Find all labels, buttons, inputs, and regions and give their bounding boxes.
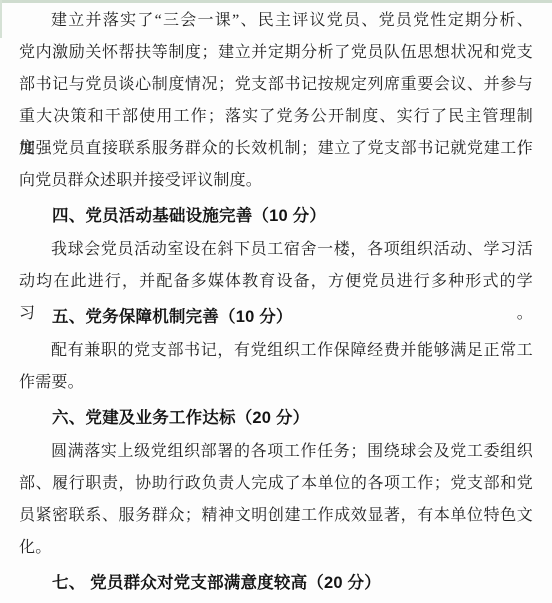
section-heading-6: 六、党建及业务工作达标（20 分） <box>19 402 533 434</box>
text-line: 建立并落实了“三会一课”、民主评议党员、党员党性定期分析、 <box>19 5 533 37</box>
text-line: 配有兼职的党支部书记，有党组织工作保障经费并能够满足正常工 <box>19 335 533 367</box>
text-line: 党内激励关怀帮扶等制度；建立并定期分析了党员队伍思想状况和党支 <box>19 37 533 69</box>
text-line: 我球会党员活动室设在斜下员工宿舍一楼，各项组织活动、学习活 <box>19 234 533 266</box>
document-body: 建立并落实了“三会一课”、民主评议党员、党员党性定期分析、 党内激励关怀帮扶等制… <box>19 5 533 601</box>
document-page: 建立并落实了“三会一课”、民主评议党员、党员党性定期分析、 党内激励关怀帮扶等制… <box>0 0 552 603</box>
text-line: 加强党员直接联系服务群众的长效机制；建立了党支部书记就党建工作 <box>19 133 533 165</box>
text-line: 重大决策和干部使用工作；落实了党务公开制度、实行了民主管理制度； <box>19 101 533 133</box>
section-heading-4: 四、党员活动基础设施完善（10 分） <box>19 200 533 232</box>
paragraph-work-standards: 圆满落实上级党组织部署的各项工作任务；围绕球会及党工委组织 部、履行职责，协助行… <box>19 436 533 564</box>
text-line: 部、履行职责，协助行政负责人完成了本单位的各项工作；党支部和党 <box>19 468 533 500</box>
section-heading-7: 七、 党员群众对党支部满意度较高（20 分） <box>19 567 533 599</box>
scan-top-edge <box>0 0 552 3</box>
text-line: 向党员群众述职并接受评议制度。 <box>19 165 533 197</box>
text-line: 圆满落实上级党组织部署的各项工作任务；围绕球会及党工委组织 <box>19 436 533 468</box>
text-line: 作需要。 <box>19 367 533 399</box>
scan-left-edge <box>0 0 2 38</box>
text-line: 员紧密联系、服务群众；精神文明创建工作成效显著，有本单位特色文 <box>19 500 533 532</box>
paragraph-activity-room: 我球会党员活动室设在斜下员工宿舍一楼，各项组织活动、学习活 动均在此进行，并配备… <box>19 234 533 298</box>
text-line: 动均在此进行，并配备多媒体教育设备，方便党员进行多种形式的学习。 <box>19 266 533 298</box>
text-line: 化。 <box>19 532 533 564</box>
paragraph-support-mechanism: 配有兼职的党支部书记，有党组织工作保障经费并能够满足正常工 作需要。 <box>19 335 533 399</box>
paragraph-institutions: 建立并落实了“三会一课”、民主评议党员、党员党性定期分析、 党内激励关怀帮扶等制… <box>19 5 533 197</box>
text-line: 部书记与党员谈心制度情况；党支部书记按规定列席重要会议、并参与 <box>19 69 533 101</box>
